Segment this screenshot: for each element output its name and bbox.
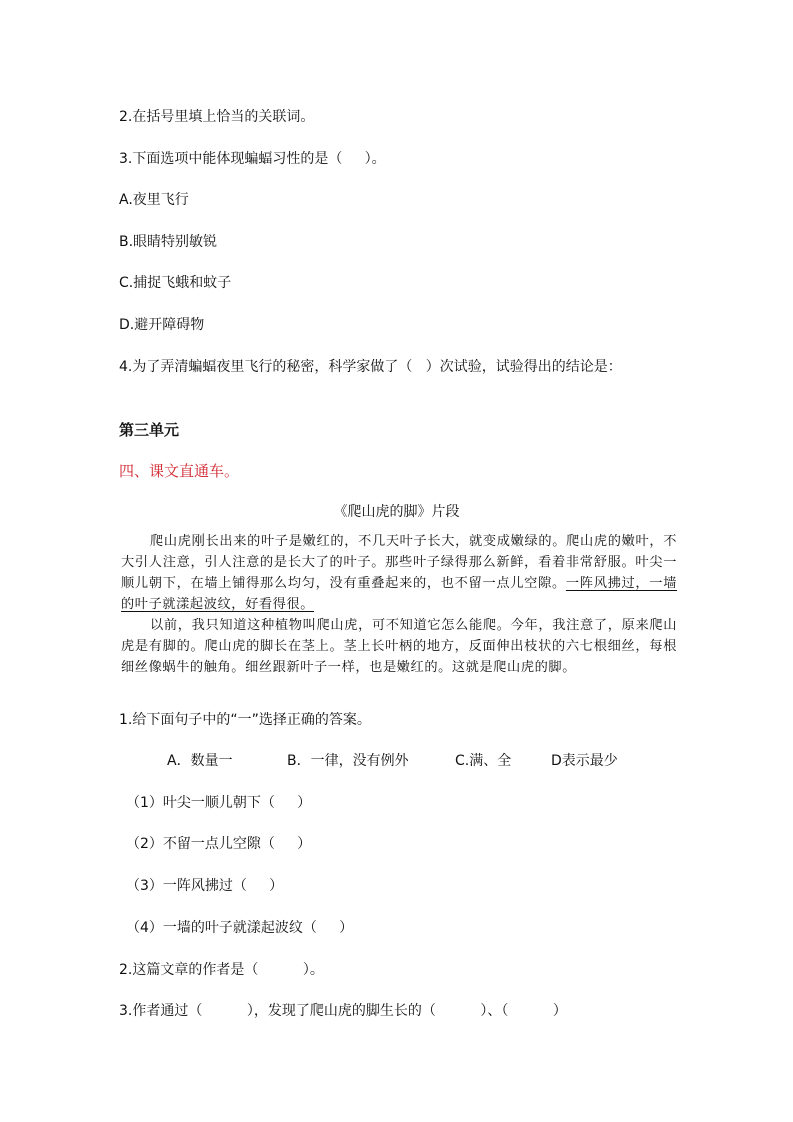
section-heading-text-express: 四、课文直通车。 xyxy=(119,461,239,481)
option-a: A.夜里飞行 xyxy=(119,190,189,210)
choice-a: A．数量一 xyxy=(167,751,233,771)
sub-question-1: （1）叶尖一顺儿朝下（ ） xyxy=(126,793,311,813)
question-3-bat-habits: 3.下面选项中能体现蝙蝠习性的是（ ）。 xyxy=(119,149,386,169)
question-1-choose-meaning: 1.给下面句子中的“一”选择正确的答案。 xyxy=(119,710,371,730)
sub-question-2: （2）不留一点儿空隙（ ） xyxy=(126,834,311,854)
passage-paragraph-2: 以前，我只知道这种植物叫爬山虎，可不知道它怎么能爬。今年，我注意了，原来爬山虎是… xyxy=(121,615,677,678)
choice-c: C.满、全 xyxy=(455,751,511,771)
question-2-related-words: 2.在括号里填上恰当的关联词。 xyxy=(119,107,314,127)
unit-3-title: 第三单元 xyxy=(119,420,179,440)
choice-b: B．一律，没有例外 xyxy=(287,751,409,771)
choice-d: D表示最少 xyxy=(551,751,618,771)
question-4-experiment: 4.为了弄清蝙蝠夜里飞行的秘密，科学家做了（ ）次试验，试验得出的结论是： xyxy=(119,357,622,377)
option-b: B.眼睛特别敏锐 xyxy=(119,232,217,252)
question-3-observation: 3.作者通过（ ），发现了爬山虎的脚生长的（ ）、（ ） xyxy=(119,1001,567,1021)
sub-question-3: （3）一阵风拂过（ ） xyxy=(126,876,283,896)
reading-passage: 爬山虎刚长出来的叶子是嫩红的，不几天叶子长大，就变成嫩绿的。爬山虎的嫩叶，不大引… xyxy=(121,531,677,678)
option-d: D.避开障碍物 xyxy=(119,315,204,335)
sub-question-4: （4）一墙的叶子就漾起波纹（ ） xyxy=(126,918,353,938)
passage-title: 《爬山虎的脚》片段 xyxy=(0,502,793,522)
passage-paragraph-1: 爬山虎刚长出来的叶子是嫩红的，不几天叶子长大，就变成嫩绿的。爬山虎的嫩叶，不大引… xyxy=(121,531,677,615)
question-2-author: 2.这篇文章的作者是（ ）。 xyxy=(119,960,324,980)
option-c: C.捕捉飞蛾和蚊子 xyxy=(119,273,231,293)
